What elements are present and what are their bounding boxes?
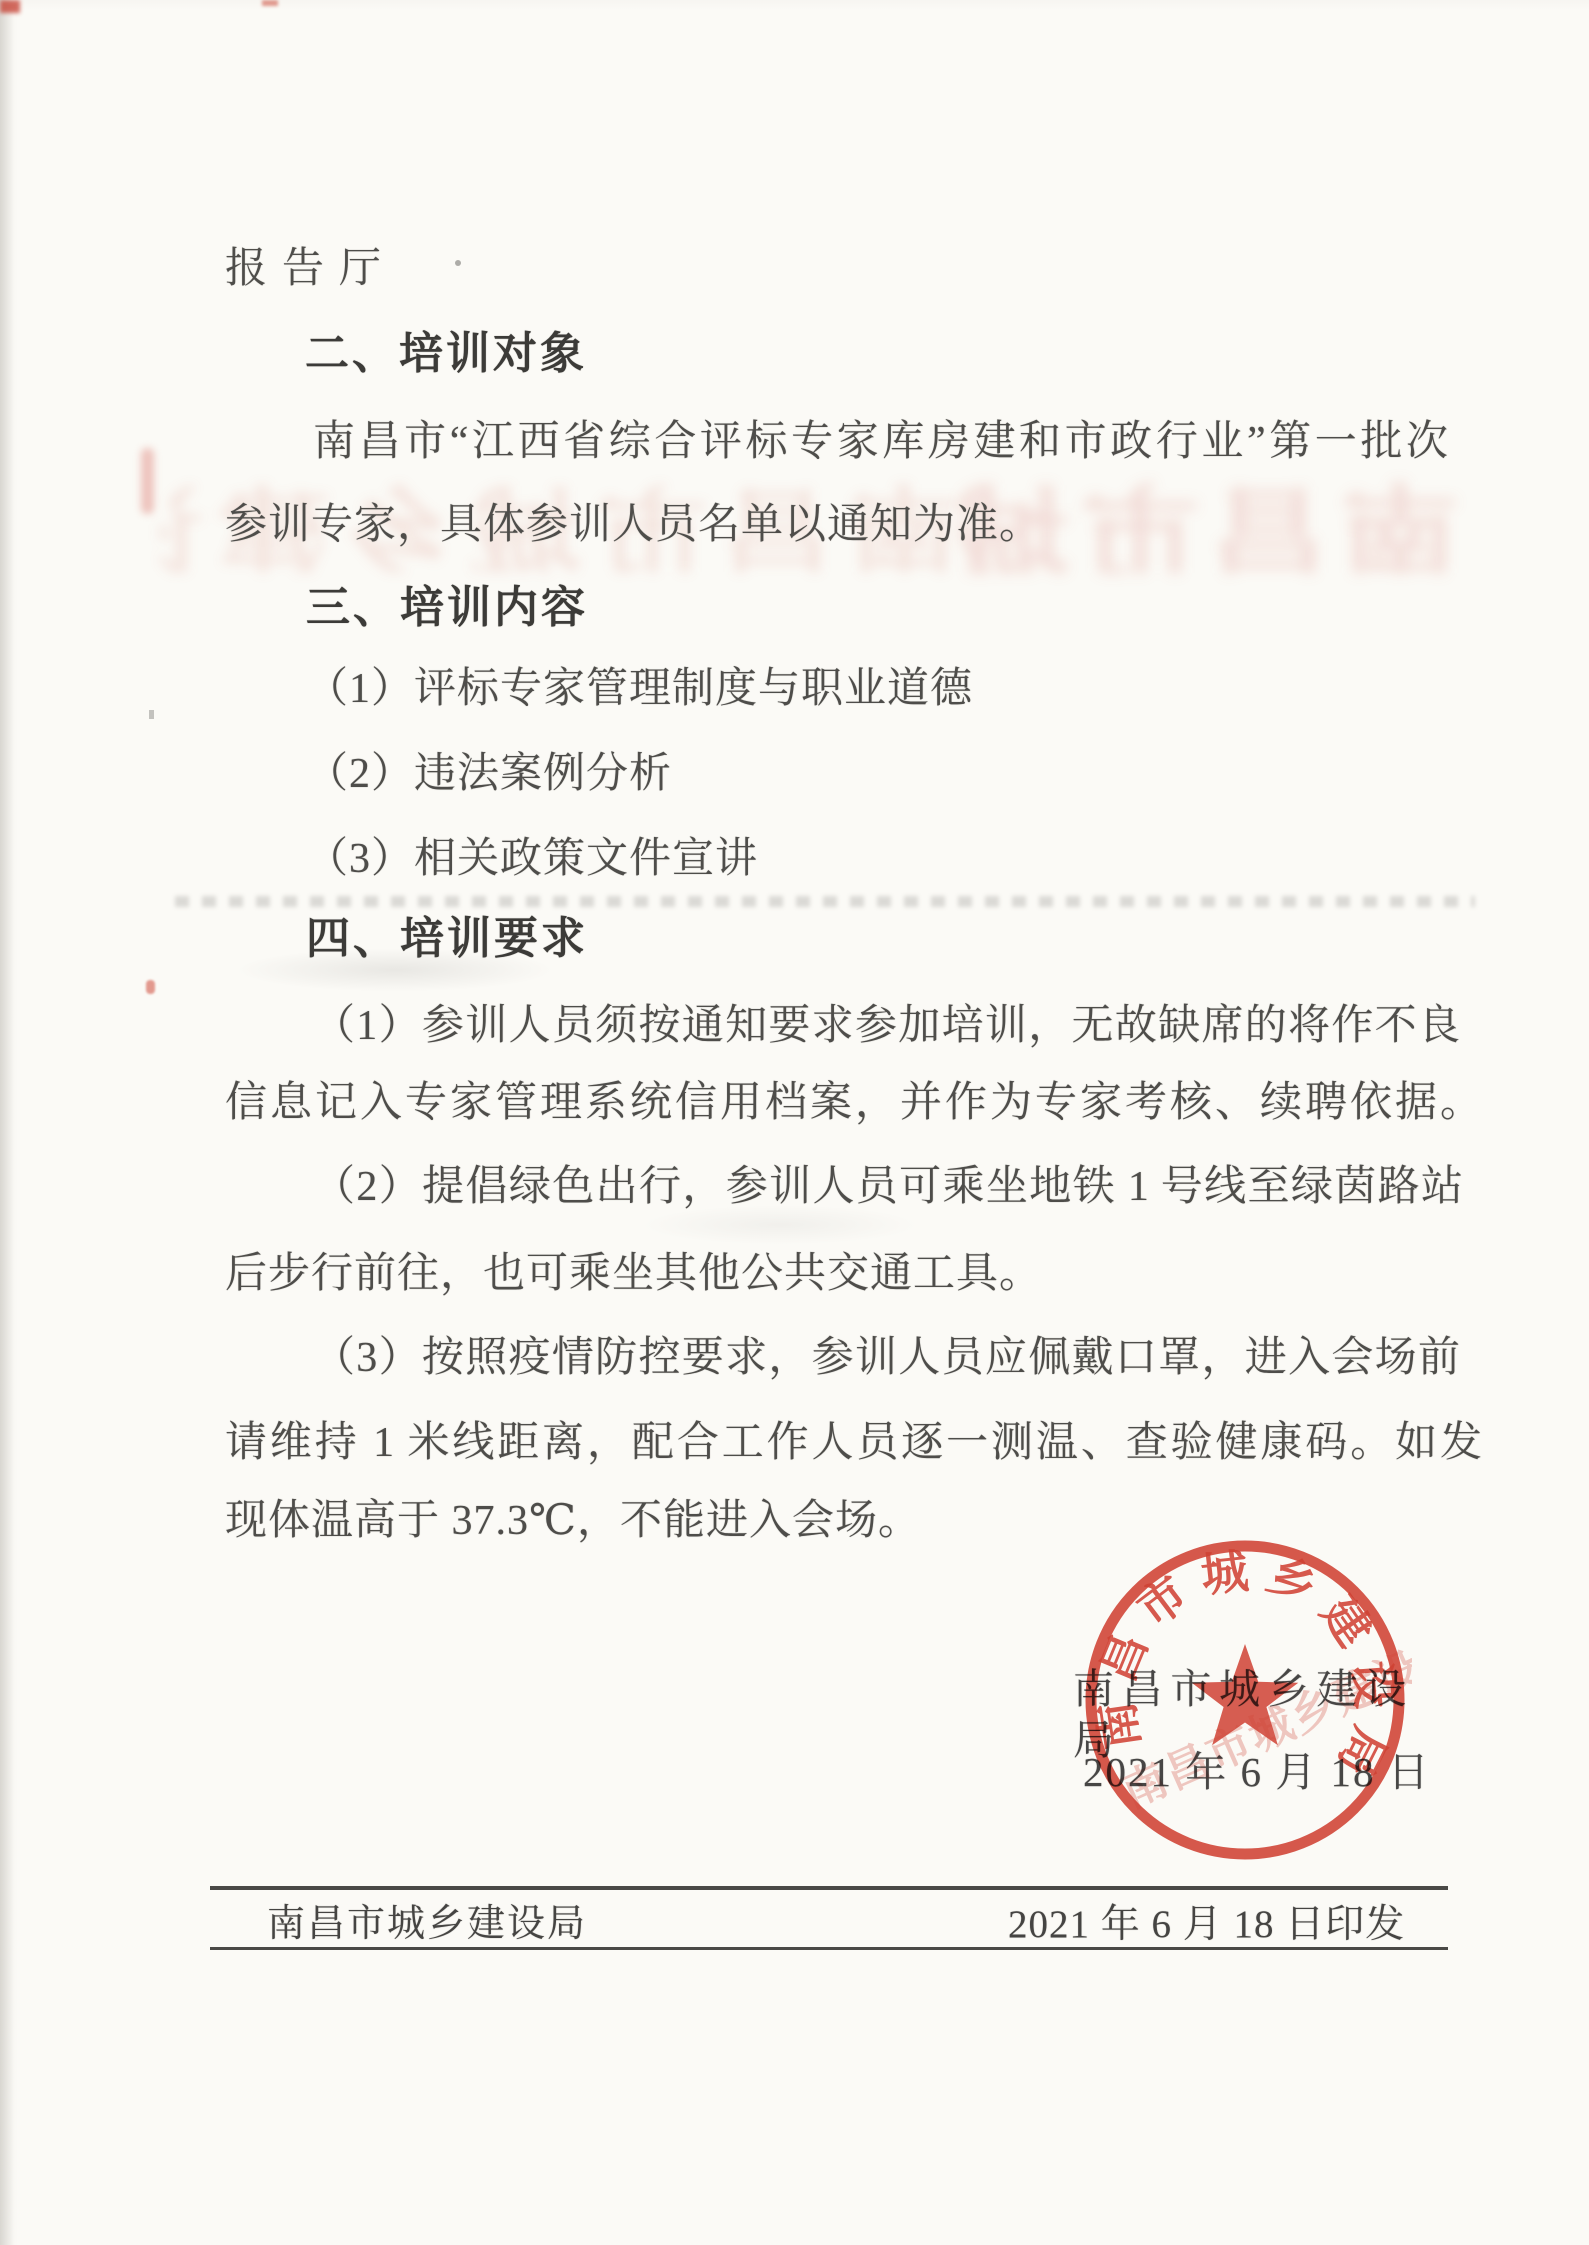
body-line: 南昌市“江西省综合评标专家库房建和市政行业”第一批次 <box>313 416 1448 469</box>
scan-speck <box>455 260 461 266</box>
scan-red-edge-smudge <box>141 448 154 514</box>
list-item: （2）提倡绿色出行，参训人员可乘坐地铁 1 号线至绿茵路站 <box>313 1161 1463 1214</box>
body-line: 现体温高于 37.3℃，不能进入会场。 <box>225 1495 921 1548</box>
body-line-continuation: 报告厅 <box>225 243 396 296</box>
document-page: 南昌市城乡建设局 南昌市城乡建设局 报告厅 二、培训对象 南昌市“江西省综合评标… <box>0 0 1589 2245</box>
body-line: 参训专家，具体参训人员名单以通知为准。 <box>225 499 1042 552</box>
footer-rule-bottom <box>210 1947 1448 1950</box>
list-item: （1）参训人员须按通知要求参加培训，无故缺席的将作不良 <box>313 1000 1460 1053</box>
official-seal-stamp: 南昌市城乡建设局 南昌市城乡建设局 <box>1078 1538 1412 1868</box>
body-line: 后步行前往，也可乘坐其他公共交通工具。 <box>225 1248 1042 1301</box>
section-heading-4: 四、培训要求 <box>306 911 588 966</box>
list-item: （3）相关政策文件宣讲 <box>306 833 758 886</box>
section-heading-2: 二、培训对象 <box>305 326 587 381</box>
scan-red-corner-mark <box>0 0 20 13</box>
section-heading-3: 三、培训内容 <box>306 580 588 635</box>
scan-red-top-mark <box>262 0 278 6</box>
scan-red-edge-dot <box>146 980 155 994</box>
body-line: 请维持 1 米线距离，配合工作人员逐一测温、查验健康码。如发 <box>225 1417 1482 1470</box>
list-item: （1）评标专家管理制度与职业道德 <box>306 663 973 716</box>
scan-speck <box>149 710 154 719</box>
list-item: （2）违法案例分析 <box>306 748 672 801</box>
footer-print-date: 2021 年 6 月 18 日印发 <box>1008 1901 1405 1950</box>
body-line: 信息记入专家管理系统信用档案，并作为专家考核、续聘依据。 <box>225 1077 1482 1130</box>
footer-rule-top <box>210 1886 1448 1890</box>
footer-issuer: 南昌市城乡建设局 <box>267 1901 587 1949</box>
gray-smudge-band <box>175 896 1475 907</box>
list-item: （3）按照疫情防控要求，参训人员应佩戴口罩，进入会场前 <box>313 1332 1460 1385</box>
page-edge-shadow <box>0 0 14 2245</box>
